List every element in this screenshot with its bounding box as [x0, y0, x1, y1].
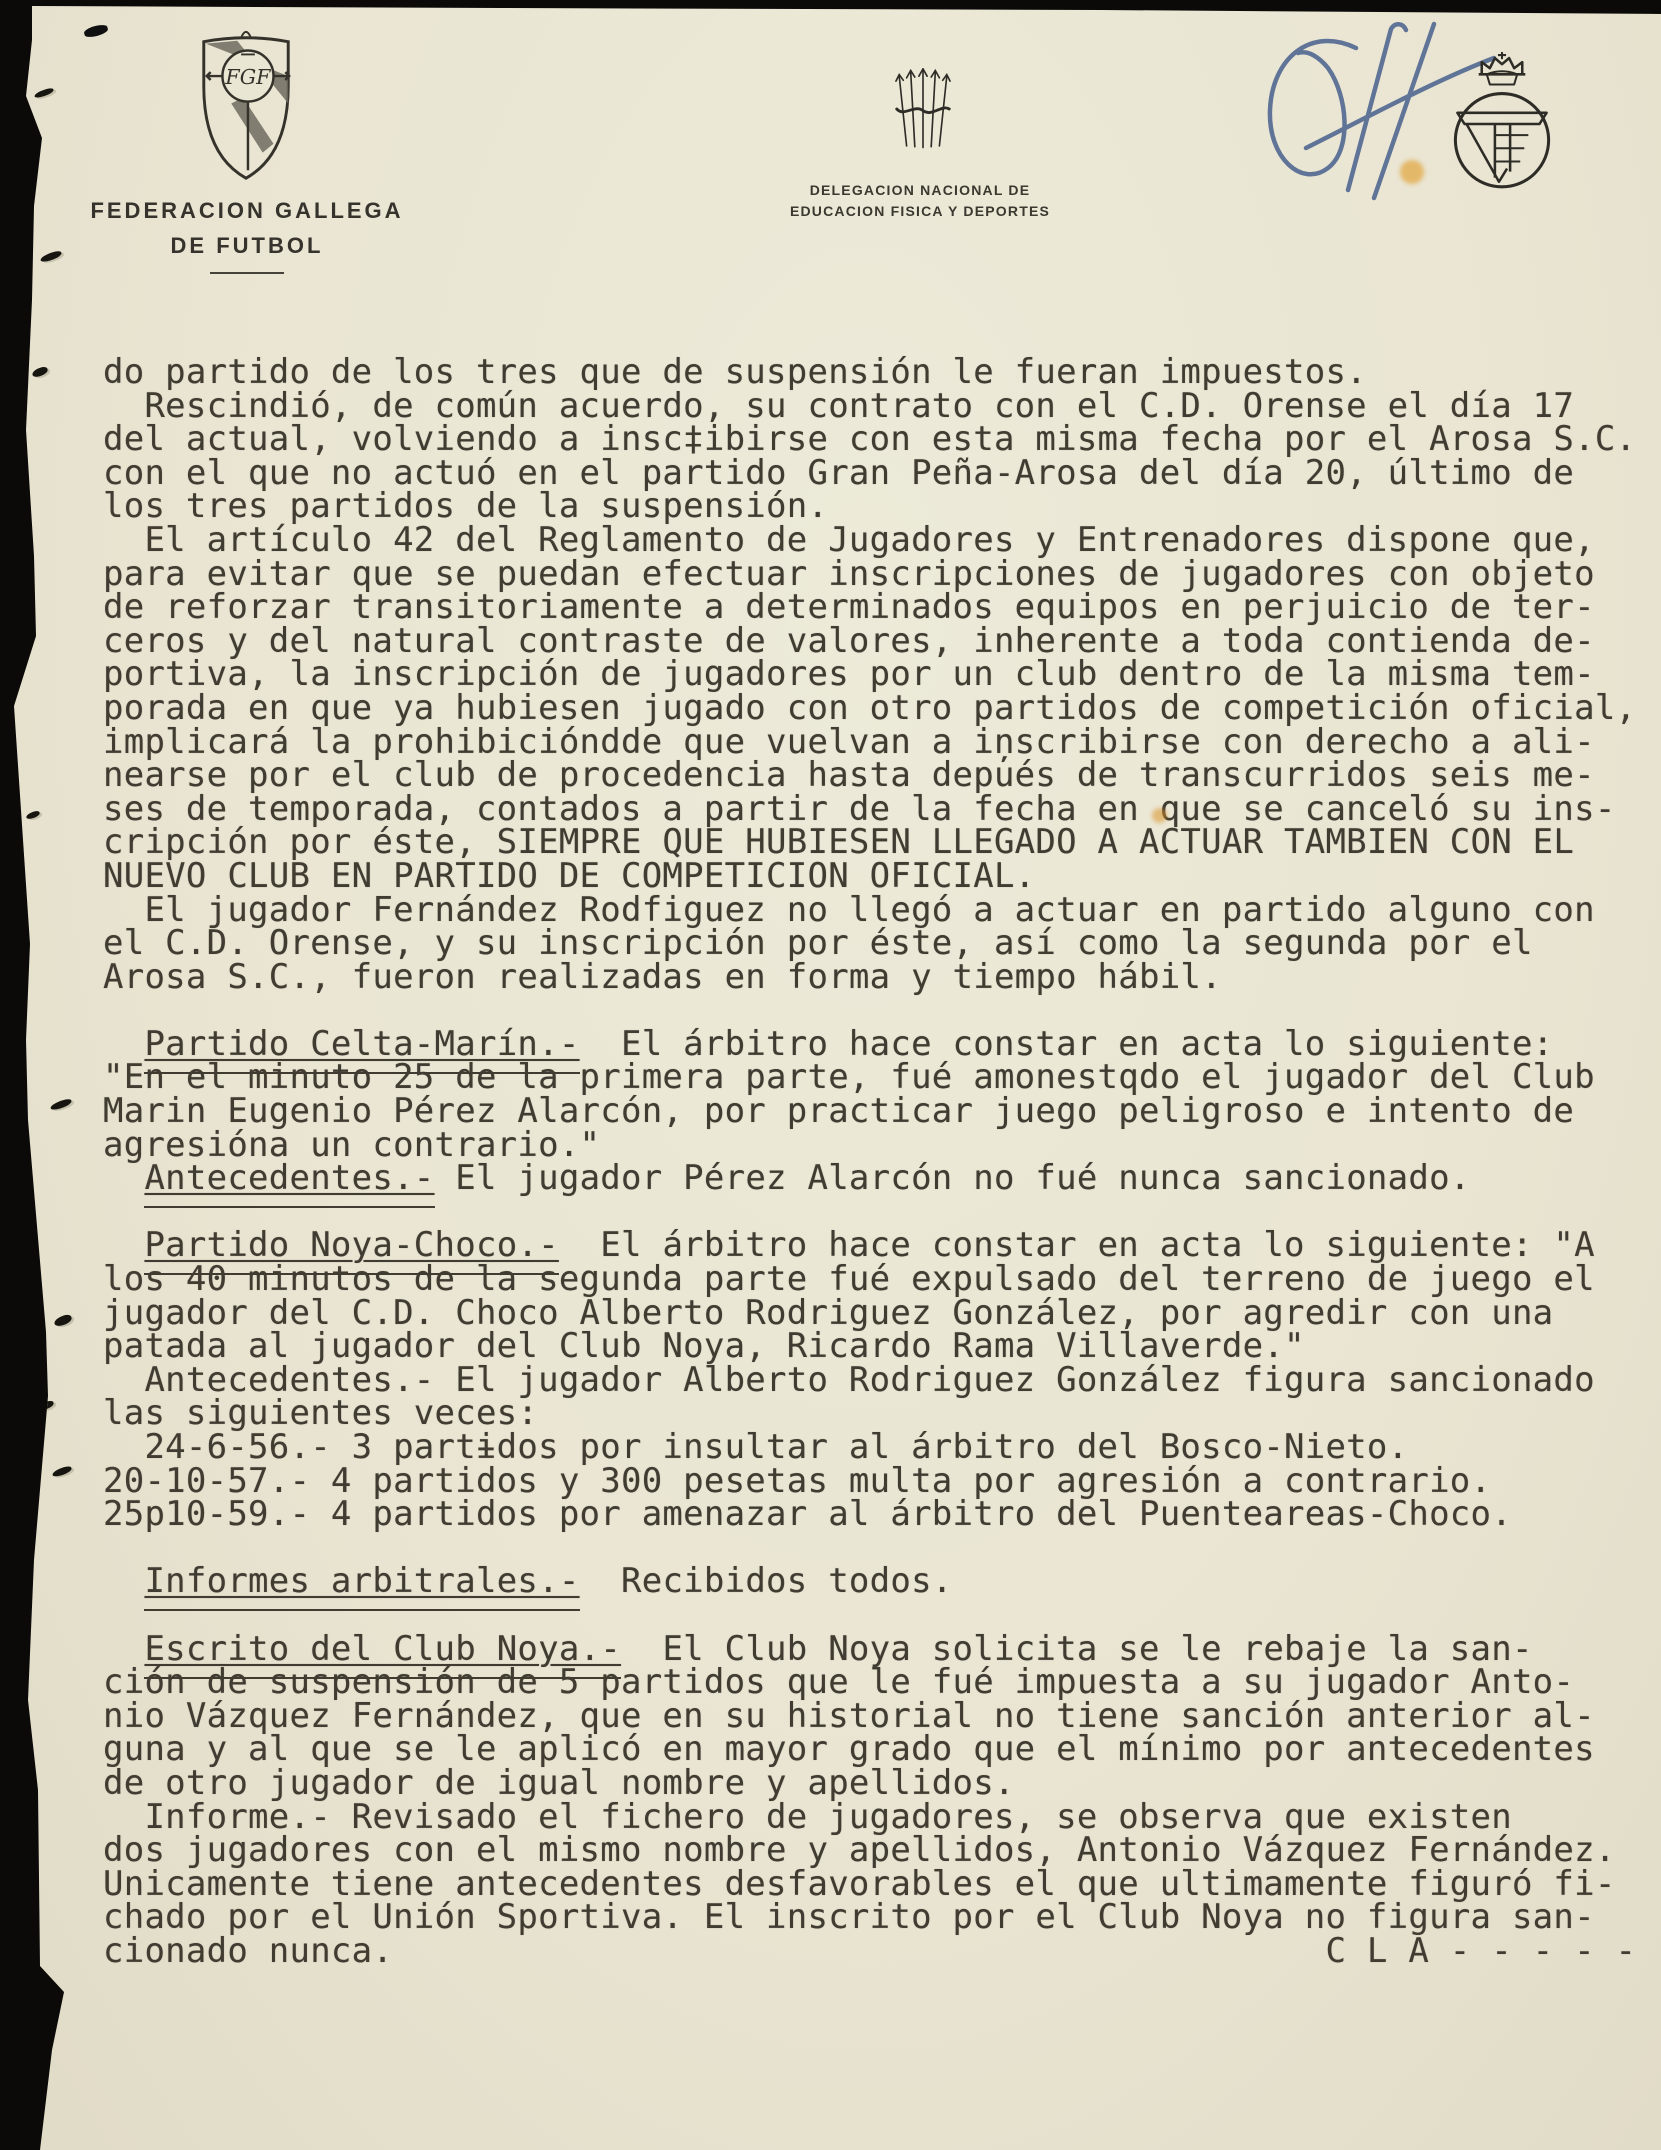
delegation-line2: EDUCACION FISICA Y DEPORTES [760, 201, 1080, 222]
text-line: Escrito del Club Noya.- El Club Noya sol… [103, 1633, 1659, 1667]
text-line: ceros y del natural contraste de valores… [103, 625, 1659, 659]
falange-yoke-arrows-icon [892, 68, 954, 150]
scanned-document-page: FGF FEDERACION GALLEGA DE FUTBOL DELEGAC… [0, 0, 1661, 2150]
text-line: nearse por el club de procedencia hasta … [103, 759, 1659, 793]
punch-hole [39, 250, 62, 263]
ink-speck [83, 23, 109, 39]
text-line: implicará la prohibicióndde que vuelvan … [103, 726, 1659, 760]
text-line: cripción por éste, SIEMPRE QUE HUBIESEN … [103, 826, 1659, 860]
underlined-heading: Informes arbitrales.- [144, 1561, 579, 1611]
text-line: Marin Eugenio Pérez Alarcón, por practic… [103, 1095, 1659, 1129]
text-line: las siguientes veces: [103, 1397, 1659, 1431]
text-line: Antecedentes.- El jugador Alberto Rodrig… [103, 1364, 1659, 1398]
text-line: Arosa S.C., fueron realizadas en forma y… [103, 961, 1659, 995]
text-line: 20-10-57.- 4 partidos y 300 pesetas mult… [103, 1465, 1659, 1499]
org-name-rule [210, 272, 284, 274]
text-line: porada en que ya hubiesen jugado con otr… [103, 692, 1659, 726]
text-line: chado por el Unión Sportiva. El inscrito… [103, 1901, 1659, 1935]
text-line: Unicamente tiene antecedentes desfavorab… [103, 1868, 1659, 1902]
text-line: los tres partidos de la suspensión. [103, 490, 1659, 524]
text-line: jugador del C.D. Choco Alberto Rodriguez… [103, 1297, 1659, 1331]
text-line: del actual, volviendo a insc‡ibirse con … [103, 423, 1659, 457]
text-line: El artículo 42 del Reglamento de Jugador… [103, 524, 1659, 558]
text-line: 24-6-56.- 3 partɨdos por insultar al árb… [103, 1431, 1659, 1465]
punch-hole [31, 366, 49, 379]
punch-hole [25, 810, 40, 820]
text-line: para evitar que se puedan efectuar inscr… [103, 558, 1659, 592]
blank-line [103, 1532, 1659, 1566]
document-body: do partido de los tres que de suspensión… [103, 356, 1659, 1969]
delegation-block: DELEGACION NACIONAL DE EDUCACION FISICA … [760, 180, 1080, 222]
text-line: "En el minuto 25 de la primera parte, fu… [103, 1061, 1659, 1095]
org-name-line2: DE FUTBOL [77, 233, 417, 259]
text-line: Partido Noya-Choco.- El árbitro hace con… [103, 1229, 1659, 1263]
blank-line [103, 994, 1659, 1028]
text-line: ción de suspensión de 5 partidos que le … [103, 1666, 1659, 1700]
punch-hole [37, 1400, 54, 1412]
text-line: cionado nunca. C L A - - - - - [103, 1935, 1659, 1969]
text-line: de otro jugador de igual nombre y apelli… [103, 1767, 1659, 1801]
text-line: NUEVO CLUB EN PARTIDO DE COMPETICION OFI… [103, 860, 1659, 894]
punch-hole [34, 87, 55, 99]
text-line: Rescindió, de común acuerdo, su contrato… [103, 390, 1659, 424]
text-line: patada al jugador del Club Noya, Ricardo… [103, 1330, 1659, 1364]
yellow-stain [1400, 160, 1424, 184]
text-line: dos jugadores con el mismo nombre y apel… [103, 1834, 1659, 1868]
text-line: do partido de los tres que de suspensión… [103, 356, 1659, 390]
orange-dot [1152, 808, 1167, 823]
underlined-heading: Antecedentes.- [144, 1158, 434, 1208]
punch-hole [53, 1313, 73, 1327]
text-line: El jugador Fernández Rodfiguez no llegó … [103, 894, 1659, 928]
text-line: Informes arbitrales.- Recibidos todos. [103, 1565, 1659, 1599]
text-line: Antecedentes.- El jugador Pérez Alarcón … [103, 1162, 1659, 1196]
text-line: 25p10-59.- 4 partidos por amenazar al ár… [103, 1498, 1659, 1532]
text-line: nio Vázquez Fernández, que en su histori… [103, 1700, 1659, 1734]
paper-sheet: FGF FEDERACION GALLEGA DE FUTBOL DELEGAC… [0, 0, 1661, 2150]
text-line: portiva, la inscripción de jugadores por… [103, 658, 1659, 692]
punch-hole [49, 1098, 72, 1111]
punch-hole [51, 1465, 72, 1478]
delegation-line1: DELEGACION NACIONAL DE [760, 180, 1080, 201]
rfef-crest-icon [1446, 50, 1558, 202]
text-line: de reforzar transitoriamente a determina… [103, 591, 1659, 625]
text-line: ses de temporada, contados a partir de l… [103, 793, 1659, 827]
text-line: el C.D. Orense, y su inscripción por ést… [103, 927, 1659, 961]
org-name-line1: FEDERACION GALLEGA [77, 198, 417, 224]
text-line: guna y al que se le aplicó en mayor grad… [103, 1733, 1659, 1767]
text-line: Partido Celta-Marín.- El árbitro hace co… [103, 1028, 1659, 1062]
org-name-block: FEDERACION GALLEGA DE FUTBOL [77, 198, 417, 274]
text-line: con el que no actuó en el partido Gran P… [103, 457, 1659, 491]
text-line: agresióna un contrario." [103, 1129, 1659, 1163]
logo-monogram: FGF [224, 65, 271, 89]
text-line: los 40 minutos de la segunda parte fué e… [103, 1263, 1659, 1297]
fgf-shield-logo: FGF [192, 24, 300, 188]
text-line: Informe.- Revisado el fichero de jugador… [103, 1801, 1659, 1835]
